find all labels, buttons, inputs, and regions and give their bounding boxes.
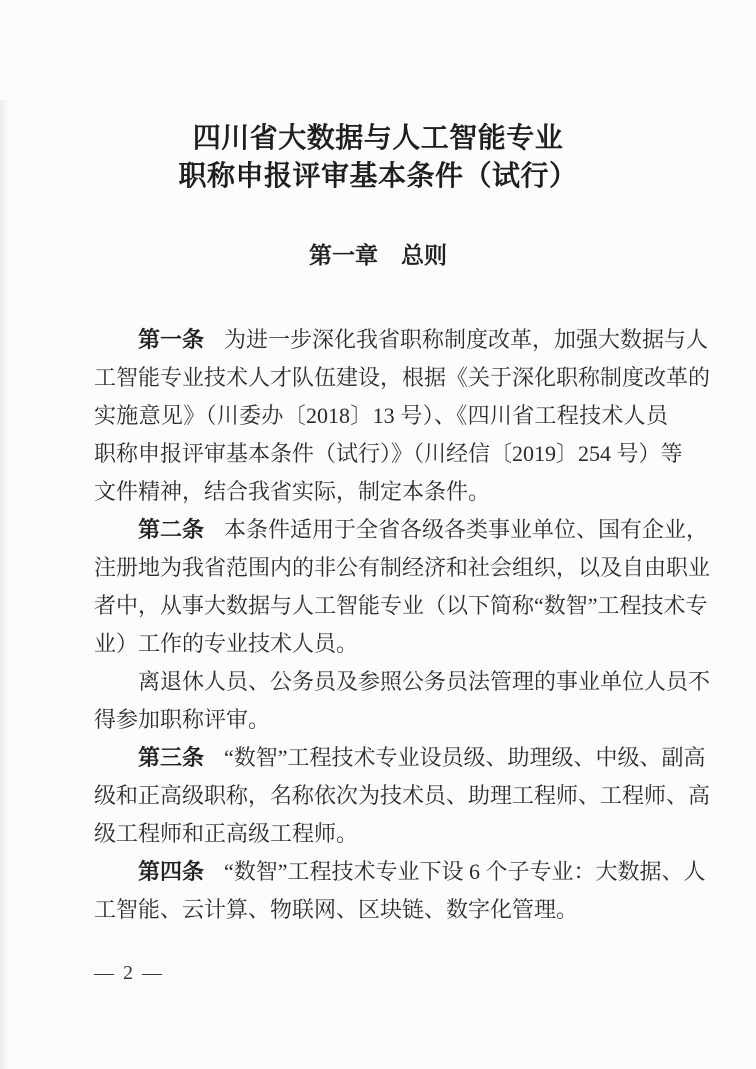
body-line-2: 工智能专业技术人才队伍建设，根据《关于深化职称制度改革的 bbox=[94, 359, 668, 397]
body-line-text: “数智”工程技术专业下设 6 个子专业：大数据、人 bbox=[224, 859, 706, 884]
document-title-line-2: 职称申报评审基本条件（试行） bbox=[0, 158, 756, 196]
body-line-text: “数智”工程技术专业设员级、助理级、中级、副高 bbox=[224, 745, 706, 770]
body-line-8: 者中，从事大数据与人工智能专业（以下简称“数智”工程技术专 bbox=[94, 587, 668, 625]
body-line-13: 级和正高级职称，名称依次为技术员、助理工程师、工程师、高 bbox=[94, 777, 668, 815]
body-line-text: 得参加职称评审。 bbox=[94, 707, 270, 732]
body-line-text: 级工程师和正高级工程师。 bbox=[94, 821, 358, 846]
body-line-4: 职称申报评审基本条件（试行）》（川经信〔2019〕254 号）等 bbox=[94, 435, 668, 473]
document-title-line-1: 四川省大数据与人工智能专业 bbox=[0, 120, 756, 158]
body-line-3: 实施意见》（川委办〔2018〕13 号）、《四川省工程技术人员 bbox=[94, 397, 668, 435]
body-line-14: 级工程师和正高级工程师。 bbox=[94, 815, 668, 853]
body-line-text: 业）工作的专业技术人员。 bbox=[94, 631, 358, 656]
body-line-text: 文件精神，结合我省实际，制定本条件。 bbox=[94, 479, 490, 504]
body-line-16: 工智能、云计算、物联网、区块链、数字化管理。 bbox=[94, 891, 668, 929]
body-line-text: 注册地为我省范围内的非公有制经济和社会组织，以及自由职业 bbox=[94, 555, 710, 580]
body-line-9: 业）工作的专业技术人员。 bbox=[94, 625, 668, 663]
law-article-label: 第三条 bbox=[138, 745, 204, 770]
body-line-text: 职称申报评审基本条件（试行）》（川经信〔2019〕254 号）等 bbox=[94, 441, 683, 466]
body-line-text: 实施意见》（川委办〔2018〕13 号）、《四川省工程技术人员 bbox=[94, 403, 668, 428]
chapter-heading: 第一章 总则 bbox=[0, 239, 756, 271]
body-line-12: 第三条“数智”工程技术专业设员级、助理级、中级、副高 bbox=[94, 739, 668, 777]
body-line-15: 第四条“数智”工程技术专业下设 6 个子专业：大数据、人 bbox=[94, 853, 668, 891]
body-line-text: 为进一步深化我省职称制度改革，加强大数据与人 bbox=[224, 327, 708, 352]
body-line-text: 者中，从事大数据与人工智能专业（以下简称“数智”工程技术专 bbox=[94, 593, 708, 618]
page-number: — 2 — bbox=[94, 959, 164, 987]
law-article-label: 第四条 bbox=[138, 859, 204, 884]
document-page: 四川省大数据与人工智能专业 职称申报评审基本条件（试行） 第一章 总则 第一条为… bbox=[0, 0, 756, 1069]
body-line-text: 本条件适用于全省各级各类事业单位、国有企业， bbox=[224, 517, 708, 542]
body-line-7: 注册地为我省范围内的非公有制经济和社会组织，以及自由职业 bbox=[94, 549, 668, 587]
body-line-11: 得参加职称评审。 bbox=[94, 701, 668, 739]
body-line-10: 离退休人员、公务员及参照公务员法管理的事业单位人员不 bbox=[94, 663, 668, 701]
body-line-text: 工智能专业技术人才队伍建设，根据《关于深化职称制度改革的 bbox=[94, 365, 710, 390]
body-line-text: 级和正高级职称，名称依次为技术员、助理工程师、工程师、高 bbox=[94, 783, 710, 808]
document-title: 四川省大数据与人工智能专业 职称申报评审基本条件（试行） bbox=[0, 120, 756, 196]
law-article-label: 第二条 bbox=[138, 517, 204, 542]
body-line-text: 离退休人员、公务员及参照公务员法管理的事业单位人员不 bbox=[138, 669, 710, 694]
body-line-6: 第二条本条件适用于全省各级各类事业单位、国有企业， bbox=[94, 511, 668, 549]
body-text: 第一条为进一步深化我省职称制度改革，加强大数据与人 工智能专业技术人才队伍建设，… bbox=[94, 321, 668, 929]
body-line-text: 工智能、云计算、物联网、区块链、数字化管理。 bbox=[94, 897, 578, 922]
law-article-label: 第一条 bbox=[138, 327, 204, 352]
body-line-5: 文件精神，结合我省实际，制定本条件。 bbox=[94, 473, 668, 511]
body-line-1: 第一条为进一步深化我省职称制度改革，加强大数据与人 bbox=[94, 321, 668, 359]
